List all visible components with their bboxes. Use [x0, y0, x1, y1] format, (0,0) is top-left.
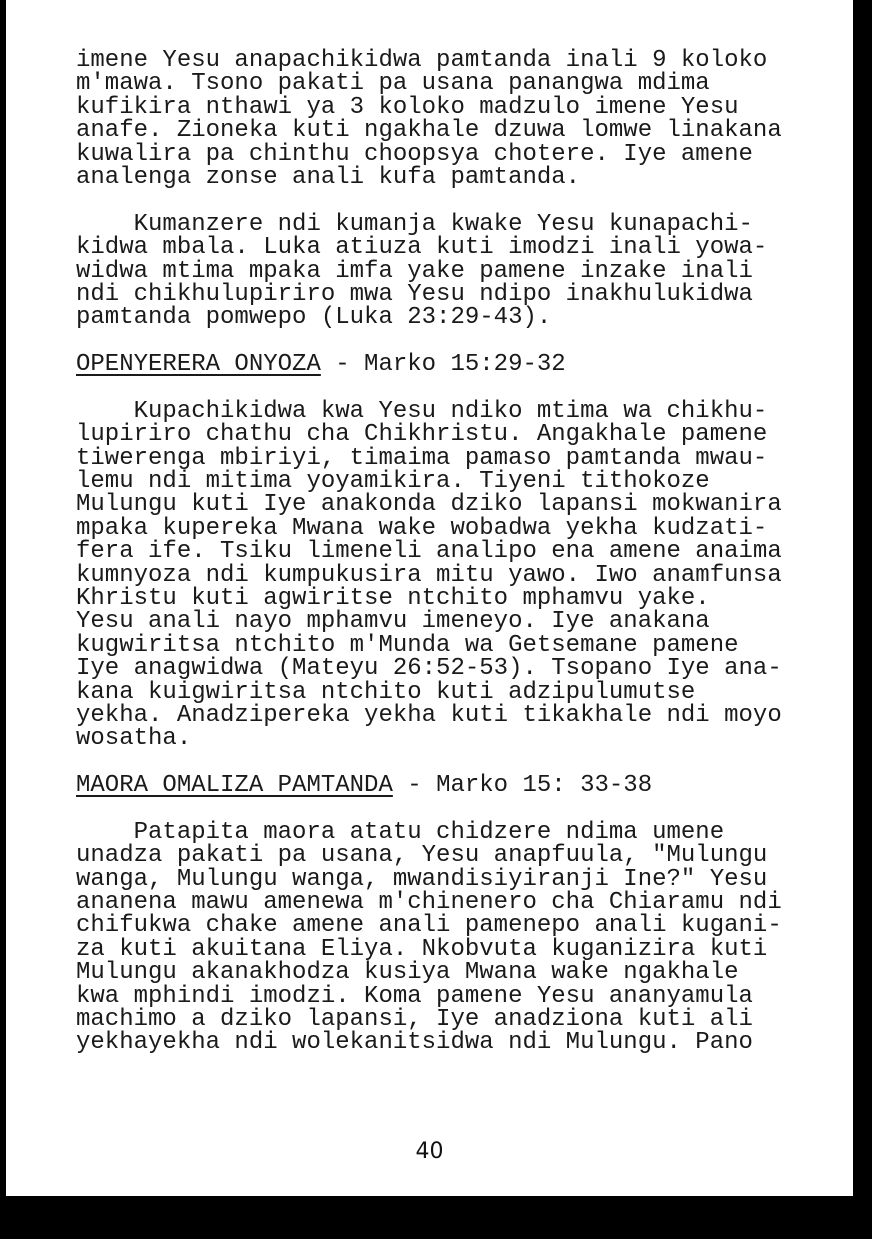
text-line: tiwerenga mbiriyi, timaima pamaso pamtan… [76, 447, 836, 470]
text-line: analenga zonse anali kufa pamtanda. [76, 166, 836, 189]
text-line: lupiriro chathu cha Chikhristu. Angakhal… [76, 423, 836, 446]
text-line: yekha. Anadzipereka yekha kuti tikakhale… [76, 704, 836, 727]
text-line: Khristu kuti agwiritse ntchito mphamvu y… [76, 587, 836, 610]
text-line: machimo a dziko lapansi, Iye anadziona k… [76, 1008, 836, 1031]
text-line: chifukwa chake amene anali pamenepo anal… [76, 914, 836, 937]
text-line: kumnyoza ndi kumpukusira mitu yawo. Iwo … [76, 564, 836, 587]
document-page: imene Yesu anapachikidwa pamtanda inali … [6, 0, 853, 1196]
scan-edge-shadow [0, 210, 6, 1200]
text-line: anafe. Zioneka kuti ngakhale dzuwa lomwe… [76, 119, 836, 142]
heading-title: MAORA OMALIZA PAMTANDA [76, 772, 393, 799]
text-line: kuwalira pa chinthu choopsya chotere. Iy… [76, 143, 836, 166]
text-line: ananena mawu amenewa m'chinenero cha Chi… [76, 891, 836, 914]
text-line: wanga, Mulungu wanga, mwandisiyiranji In… [76, 868, 836, 891]
text-line: Kupachikidwa kwa Yesu ndiko mtima wa chi… [76, 400, 836, 423]
text-line: fera ife. Tsiku limeneli analipo ena ame… [76, 540, 836, 563]
heading-reference: - Marko 15: 33-38 [393, 772, 652, 799]
text-line: imene Yesu anapachikidwa pamtanda inali … [76, 49, 836, 72]
text-line: wosatha. [76, 727, 836, 750]
paragraph-darkness: Patapita maora atatu chidzere ndima umen… [76, 821, 836, 1055]
text-line: kidwa mbala. Luka atiuza kuti imodzi ina… [76, 236, 836, 259]
paragraph-thieves: Kumanzere ndi kumanja kwake Yesu kunapac… [76, 213, 836, 330]
text-line: mpaka kupereka Mwana wake wobadwa yekha … [76, 517, 836, 540]
text-line: za kuti akuitana Eliya. Nkobvuta kuganiz… [76, 938, 836, 961]
text-line: Patapita maora atatu chidzere ndima umen… [76, 821, 836, 844]
text-line: Yesu anali nayo mphamvu imeneyo. Iye ana… [76, 610, 836, 633]
text-line: m'mawa. Tsono pakati pa usana panangwa m… [76, 72, 836, 95]
page-number: 40 [6, 1139, 853, 1164]
text-line: Mulungu akanakhodza kusiya Mwana wake ng… [76, 961, 836, 984]
heading-title: OPENYERERA ONYOZA [76, 351, 321, 378]
text-line: pamtanda pomwepo (Luka 23:29-43). [76, 306, 836, 329]
text-line: kana kuigwiritsa ntchito kuti adzipulumu… [76, 681, 836, 704]
text-line: Kumanzere ndi kumanja kwake Yesu kunapac… [76, 213, 836, 236]
page-body: imene Yesu anapachikidwa pamtanda inali … [76, 49, 836, 1055]
text-line: lemu ndi mitima yoyamikira. Tiyeni titho… [76, 470, 836, 493]
text-line: kugwiritsa ntchito m'Munda wa Getsemane … [76, 634, 836, 657]
section-heading-mockers: OPENYERERA ONYOZA - Marko 15:29-32 [76, 353, 836, 376]
text-line: yekhayekha ndi wolekanitsidwa ndi Mulung… [76, 1031, 836, 1054]
paragraph-crucifixion: Kupachikidwa kwa Yesu ndiko mtima wa chi… [76, 400, 836, 751]
text-line: Iye anagwidwa (Mateyu 26:52-53). Tsopano… [76, 657, 836, 680]
paragraph-intro: imene Yesu anapachikidwa pamtanda inali … [76, 49, 836, 189]
text-line: unadza pakati pa usana, Yesu anapfuula, … [76, 844, 836, 867]
text-line: Mulungu kuti Iye anakonda dziko lapansi … [76, 493, 836, 516]
text-line: widwa mtima mpaka imfa yake pamene inzak… [76, 260, 836, 283]
section-heading-last-hours: MAORA OMALIZA PAMTANDA - Marko 15: 33-38 [76, 774, 836, 797]
text-line: kufikira nthawi ya 3 koloko madzulo imen… [76, 96, 836, 119]
heading-reference: - Marko 15:29-32 [321, 351, 566, 378]
text-line: kwa mphindi imodzi. Koma pamene Yesu ana… [76, 985, 836, 1008]
text-line: ndi chikhulupiriro mwa Yesu ndipo inakhu… [76, 283, 836, 306]
